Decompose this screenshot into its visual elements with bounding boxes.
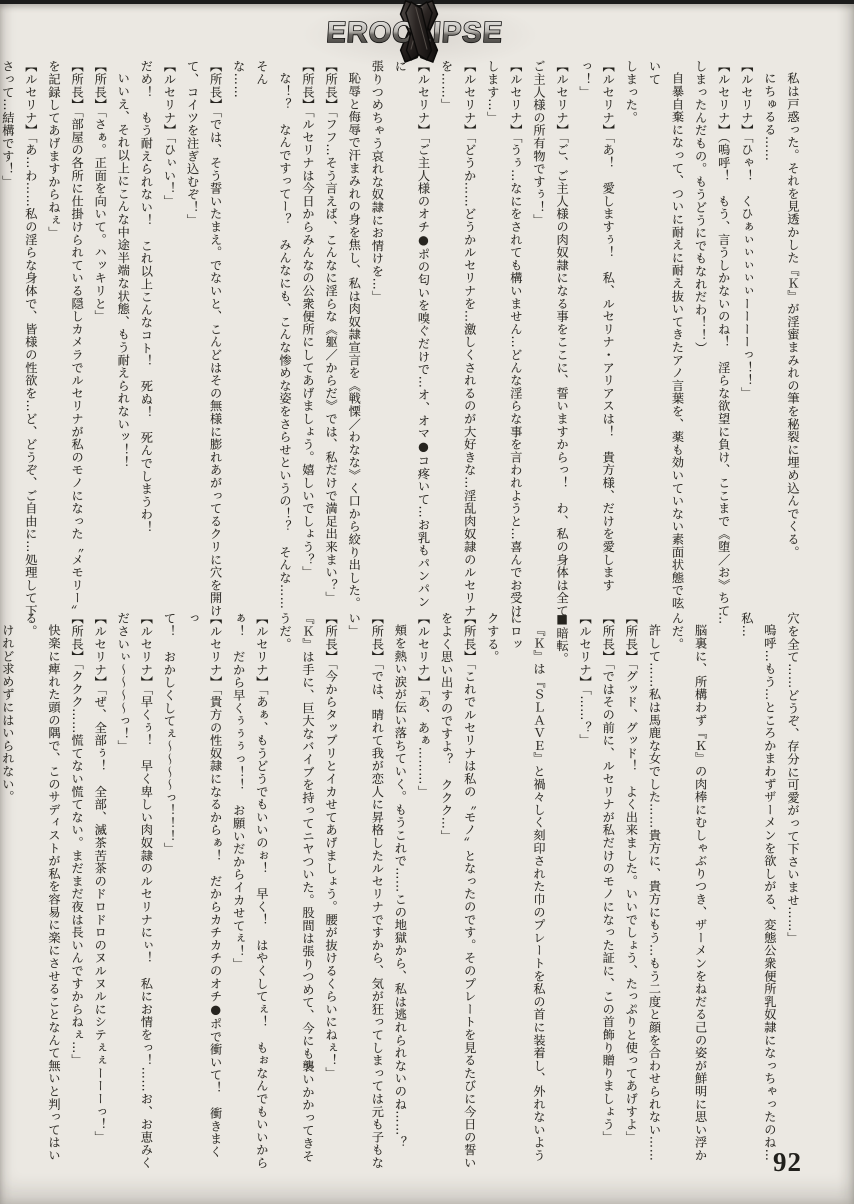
text-column: 【ルセリナ】「ひゃ！ くひぁぃぃぃぃぃーーーーっ！！」 — [735, 60, 758, 618]
text-column: 【所長】「部屋の各所に仕掛けられている隠しカメラでルセリナが私のモノになった〝メ… — [65, 60, 88, 618]
text-column: だめ！ もう耐えられない！ これ以上こんなコト！ 死ぬ！ 死んでしまうわ！ — [134, 60, 157, 618]
text-column: ご主人様の所有物ですぅ！」 — [527, 60, 550, 618]
text-column: します…」 — [481, 60, 504, 618]
text-column: クする。 — [481, 612, 504, 1170]
text-column: て！ おかしくしてぇ〜〜〜〜っ！！！」 — [157, 612, 180, 1170]
text-column: 恥辱と侮辱で汗まみれの身を焦し、私は肉奴隷宣言を《戦慄／わなな》く口から絞り出し… — [342, 60, 365, 618]
text-column: を……」 — [435, 60, 458, 618]
text-column: しまったんだもの。もうどうにでもなれだわ！！） — [689, 60, 712, 618]
text-column: 【ルセリナ】「早くぅ！ 早く卑しい肉奴隷のルセリナにぃ！ 私にお情をっ！……お、… — [134, 612, 157, 1170]
text-column: ぁ！ だから早くぅぅぅっ！！ お願いだからイカせてぇ！」 — [227, 612, 250, 1170]
text-column: を記録してあげますからねぇ」 — [42, 60, 65, 618]
text-column: 【所長】「さぁ。正面を向いて。ハッキリと」 — [88, 60, 111, 618]
text-column: 嗚呼…もう…ところかまわずザーメンを欲しがる、変態公衆便所乳奴隷になっちゃったの… — [735, 612, 781, 1170]
text-column: 【所長】「ではその前に、ルセリナが私だけのモノになった証に、この首飾り贈りましょ… — [596, 612, 619, 1170]
text-column: 【ルセリナ】「あぁ、もうどうでもいいのぉ！ 早く！ はやくしてぇ！ もぉなんでも… — [250, 612, 273, 1170]
text-column: … — [712, 612, 735, 1170]
text-column: 頬を熱い涙が伝い落ちていく。もうこれで……この地獄から、私は逃れられないのね……… — [388, 612, 411, 1170]
text-column: 【ルセリナ】「ご、ご主人様の肉奴隷になる事をここに、誓いますからっ！ わ、私の身… — [550, 60, 573, 618]
text-column: さって…結構です！」 — [0, 60, 19, 618]
text-column: 【ルセリナ】「あ！ 愛しますぅ！ 私、ルセリナ・アリアスは！ 貴方様、だけを愛し… — [573, 60, 619, 618]
page-number: 92 — [773, 1147, 802, 1178]
text-column: 自暴自棄になって、ついに耐えに耐え抜いてきたアノ言葉を、薬も効いていない素面状態… — [642, 60, 688, 618]
text-column: ださいぃ〜〜〜〜っ！」 — [111, 612, 134, 1170]
top-text-block: 私は戸惑った。それを見透かした『Ｋ』が淫蜜まみれの筆を秘裂に埋め込んでくる。にち… — [0, 60, 804, 618]
text-column: 脳裏に、所構わず『Ｋ』の肉棒にむしゃぶりつき、ザーメンをねだる己の姿が鮮明に思い… — [665, 612, 711, 1170]
text-column: 【所長】「では、晴れて我が恋人に昇格したルセリナですから、気が狂ってしまっては元… — [365, 612, 388, 1170]
text-column: 【所長】「ククク……慌てない慌てない。まだまだ夜は長いんですからねぇ…」 — [65, 612, 88, 1170]
text-column: けれど求めずにはいられない。 — [0, 612, 19, 1170]
text-column: 私は戸惑った。それを見透かした『Ｋ』が淫蜜まみれの筆を秘裂に埋め込んでくる。 — [781, 60, 804, 618]
text-column: 【ルセリナ】「……？」 — [573, 612, 596, 1170]
text-column: 『Ｋ』は手に、巨大なバイブを持ってニヤついた。股間は張りつめて、今にも襲いかかっ… — [273, 612, 319, 1170]
text-column: 【所長】「今からタップリとイカせてあげましょう。腰が抜けるくらいにねぇ！」 — [319, 612, 342, 1170]
text-column: 【ルセリナ】「ぜ、全部ぅ！ 全部、滅茶苦茶のドロドロのヌルヌルにシテぇぇーーーっ… — [88, 612, 111, 1170]
text-column: ■暗転。 — [550, 612, 573, 1170]
text-column: をよく思い出すのですよ？ ククク…」 — [435, 612, 458, 1170]
text-column: 【ルセリナ】「ひぃい！」 — [157, 60, 180, 618]
crystal-x-icon: EROCLIPSE — [322, 0, 512, 66]
text-column: 許して……私は馬鹿な女でした……貴方に、貴方にもう…もう二度と顔を合わせられない… — [642, 612, 665, 1170]
text-column: 【ルセリナ】「どうか……どうかルセリナを…激しくされるのが大好きな…淫乱肉奴隷の… — [458, 60, 481, 618]
text-column: 【ルセリナ】「ご主人様のオチ●ポの匂いを嗅ぐだけで…オ、オマ●コ疼いて…お乳もパ… — [388, 60, 434, 618]
text-column: 【ルセリナ】（嗚呼！ もう、言うしかないのね！ 淫らな欲望に負け、ここまで《堕／… — [712, 60, 735, 618]
text-column: 張りつめちゃう哀れな奴隷にお情けを…」 — [365, 60, 388, 618]
text-column: な！？ なんですってー？ みんなにも、こんな惨めな姿をさらせというの！？ そんな… — [250, 60, 296, 618]
bottom-text-block: 穴を全て……どうぞ、存分に可愛がって下さいませ……」嗚呼…もう…ところかまわずザ… — [0, 612, 804, 1170]
text-column: 【所長】「グッド、グッド！ よく出来ました。いいでしょう、たっぷりと使ってあげす… — [619, 612, 642, 1170]
text-column: 穴を全て……どうぞ、存分に可愛がって下さいませ……」 — [781, 612, 804, 1170]
text-column: いいえ、それ以上にこんな中途半端な状態、もう耐えられないッ！！ — [111, 60, 134, 618]
text-column: 【ルセリナ】「あ、あぁ………」 — [411, 612, 434, 1170]
eroclipse-logo: EROCLIPSE — [322, 0, 512, 66]
text-column: な…… — [227, 60, 250, 618]
text-column: 【ルセリナ】「うぅ…なにをされても構いません…どんな淫らな事を言われようと…喜ん… — [504, 60, 527, 618]
text-column: 【ルセリナ】「貴方の性奴隷になるからぁ！ だからカチカチのオチ●ポで衝いて！ 衝… — [180, 612, 226, 1170]
scanned-book-page: EROCLIPSE 私は戸惑った。それを見透かした『Ｋ』が淫蜜まみれの筆を秘裂に… — [0, 0, 854, 1204]
text-column: しまった。 — [619, 60, 642, 618]
text-column: 【所長】「フフ…そう言えば、こんなに淫らな《躯／からだ》では、私だけで満足出来ま… — [319, 60, 342, 618]
text-column: 【所長】「では、そう誓いたまえ。でないと、こんどはその無様に膨れあがってるクリに… — [204, 60, 227, 618]
text-column: 『Ｋ』は『ＳＬＡＶＥ』と禍々しく刻印された巾のプレートを私の首に装着し、外れない… — [504, 612, 550, 1170]
text-column: 【所長】「これでルセリナは私の〝モノ〟となったのです。そのプレートを見るたびに今… — [458, 612, 481, 1170]
text-column: 【所長】「ルセリナは今日からみんなの公衆便所にしてあげましょう。嬉しいでしょう？… — [296, 60, 319, 618]
text-column: にちゅるる…… — [758, 60, 781, 618]
text-column: て、コイツを注ぎ込むぞ！」 — [180, 60, 203, 618]
text-column: い」 — [342, 612, 365, 1170]
text-column: 快楽に痺れた頭の隅で、このサディストが私を容易に楽にさせることなんて無いと判って… — [19, 612, 65, 1170]
text-column: 【ルセリナ】「あ…わ……私の淫らな身体で、皆様の性欲を…ど、どうぞ、ご自由に…処… — [19, 60, 42, 618]
